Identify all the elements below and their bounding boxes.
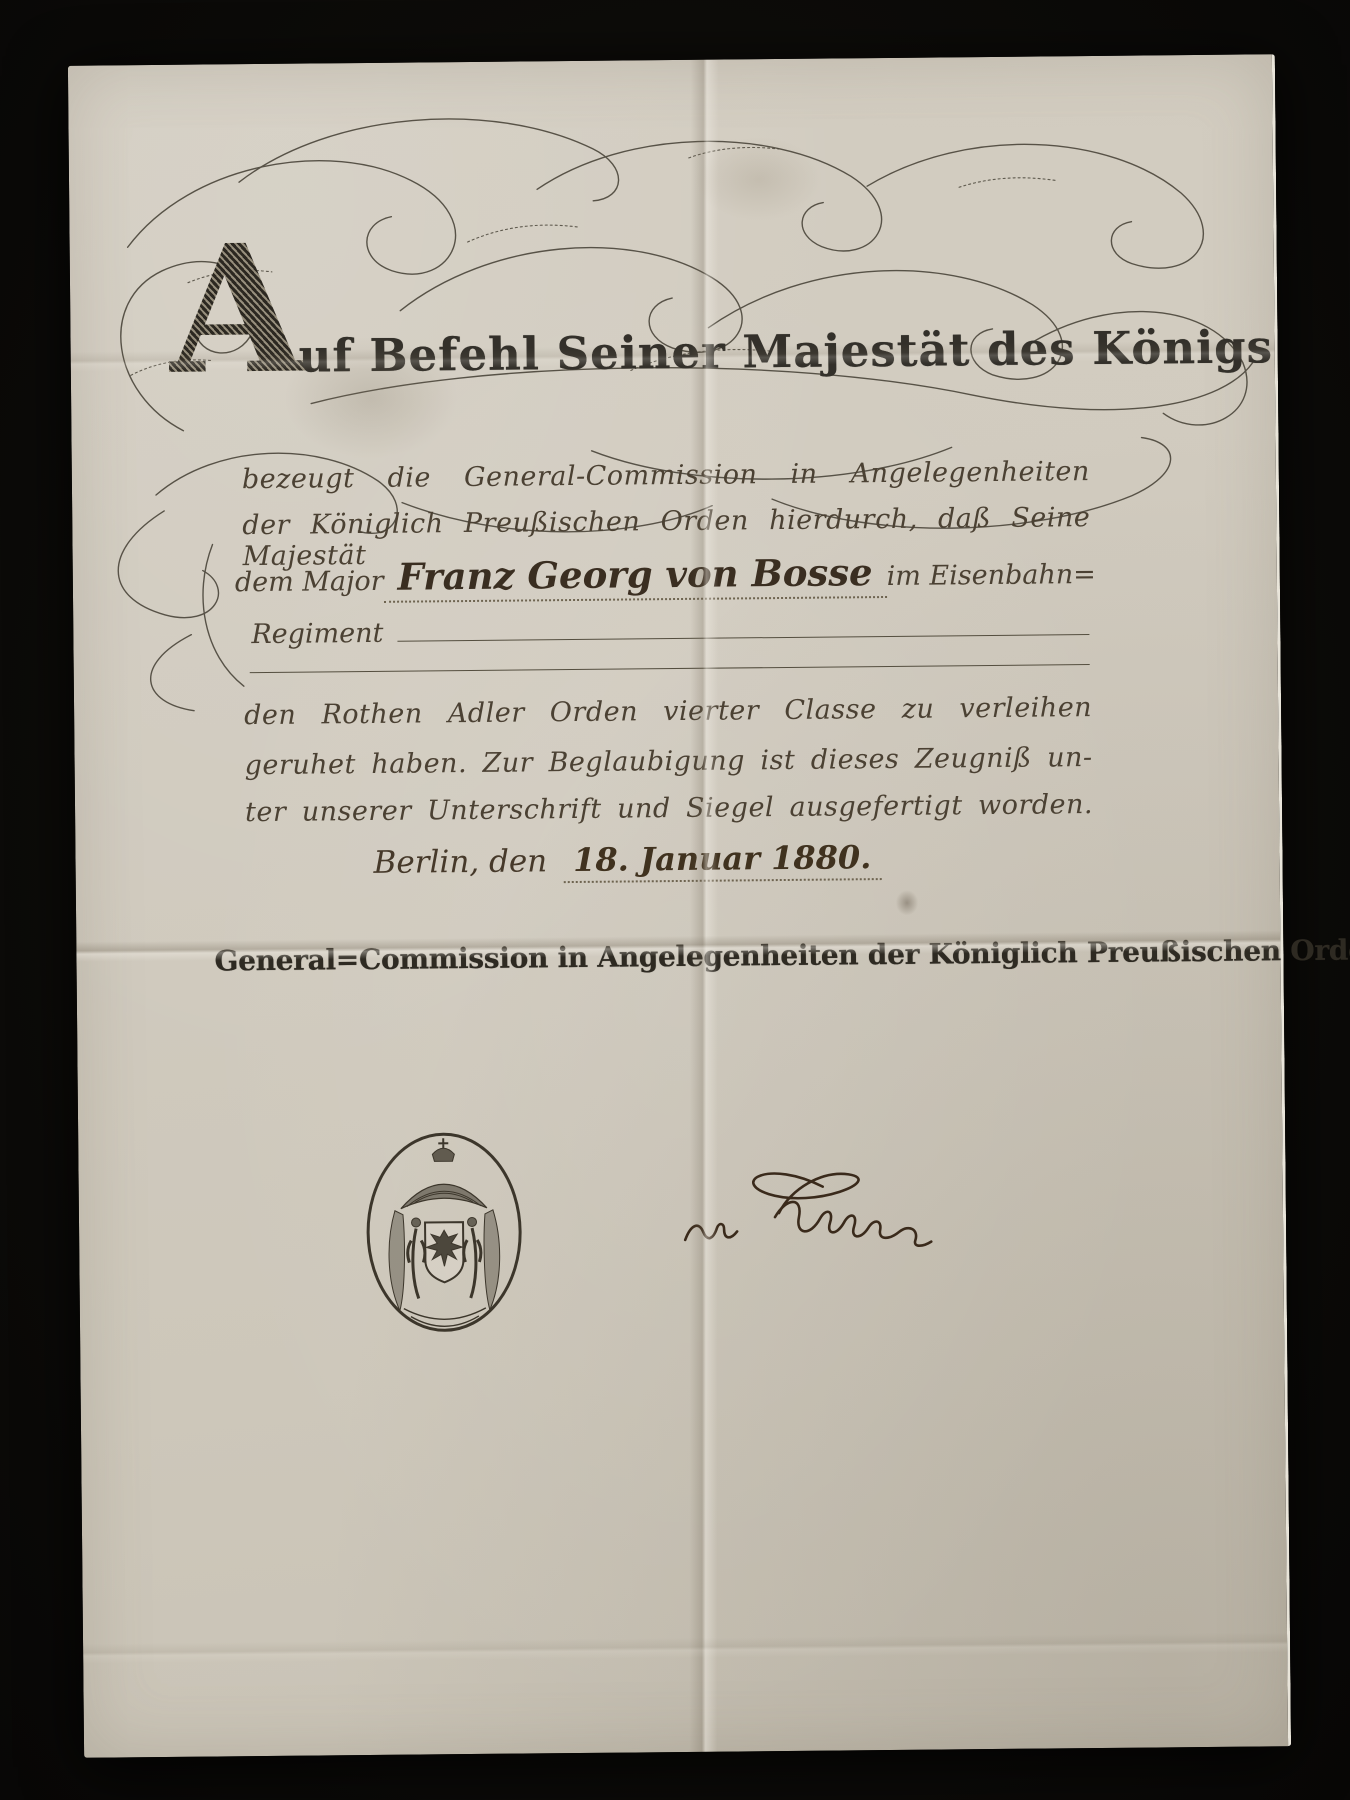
ornamental-initial: A xyxy=(167,222,305,399)
award-line-2: geruhet haben. Zur Beglaubigung ist dies… xyxy=(244,742,1092,781)
dateline-date: 18. Januar 1880. xyxy=(563,838,882,883)
photograph-background: { "colors": { "background": "#0d0c09", "… xyxy=(0,0,1350,1800)
recipient-name: Franz Georg von Bosse xyxy=(383,550,887,603)
dateline: Berlin, den 18. Januar 1880. xyxy=(373,838,881,885)
award-line-3: ter unserer Unterschrift und Siegel ausg… xyxy=(245,789,1093,828)
regiment-word: Regiment xyxy=(251,618,383,650)
recipient-suffix: im Eisenbahn= xyxy=(886,559,1095,592)
blank-rule xyxy=(397,604,1089,642)
faint-crease-bottom xyxy=(83,1632,1287,1664)
certificate-paper: A uf Befehl Seiner Majestät des Königs b… xyxy=(68,54,1291,1758)
award-line-1: den Rothen Adler Orden vierter Classe zu… xyxy=(244,692,1092,731)
body-line-1: bezeugt die General-Commission in Angele… xyxy=(242,456,1090,495)
blank-rule-full xyxy=(250,664,1090,673)
recipient-line: dem Major Franz Georg von Bosse im Eisen… xyxy=(235,548,1095,604)
regiment-line: Regiment xyxy=(251,604,1089,650)
vertical-fold-crease xyxy=(689,60,718,1752)
coat-of-arms-seal-icon xyxy=(362,1128,526,1338)
dateline-place: Berlin, den xyxy=(373,843,547,881)
signature-transcription: von Wetzel xyxy=(68,66,69,67)
recipient-prefix: dem Major xyxy=(235,566,384,598)
ink-smudge xyxy=(892,886,922,920)
